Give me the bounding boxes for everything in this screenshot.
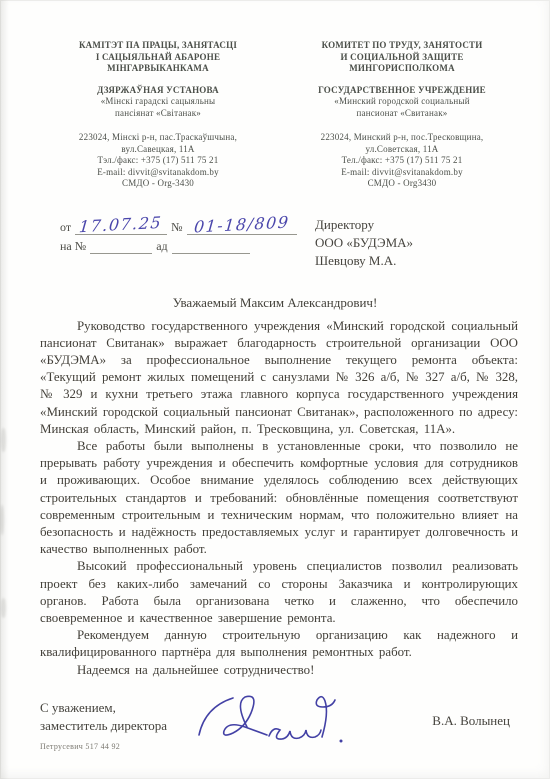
letterhead-line: вул.Савецкая, 11А [36, 144, 280, 156]
body-paragraph: Все работы были выполнены в установленны… [40, 438, 518, 558]
ref-date-field: 17.07.25 [75, 214, 167, 235]
body-paragraph: Руководство государственного учреждения … [40, 318, 518, 438]
letterhead-line: І САЦЫЯЛЬНАЙ АБАРОНЕ [36, 52, 280, 64]
letterhead-right-contacts: 223024, Минский р-н, пос.Тресковщина, ул… [280, 132, 524, 190]
letterhead-line: 223024, Минский р-н, пос.Тресковщина, [280, 132, 524, 144]
letterhead-line: СМДО - Org-3430 [36, 178, 280, 190]
letterhead-right-organization: ГОСУДАРСТВЕННОЕ УЧРЕЖДЕНИЕ «Минский горо… [280, 85, 524, 120]
letterhead-line: «Минский городской социальный [280, 96, 524, 108]
reference-and-addressee-row: от17.07.25№01-18/809 на №ад Директору ОО… [0, 190, 550, 270]
letter-body: Руководство государственного учреждения … [0, 311, 550, 679]
letterhead-line: пансионат «Свитанак» [280, 108, 524, 120]
ref-reply-date-blank [172, 240, 250, 254]
letterhead-line: МІНГАРВЫКАНКАМА [36, 63, 280, 75]
body-paragraph: Высокий профессиональный уровень специал… [40, 558, 518, 627]
ref-number-field: 01-18/809 [187, 214, 297, 235]
letterhead-line: СМДО - Org3430 [280, 178, 524, 190]
ref-reply-date-label: ад [156, 239, 167, 253]
ref-number-label: № [171, 220, 182, 234]
letterhead-right-committee: КОМИТЕТ ПО ТРУДУ, ЗАНЯТОСТИ И СОЦИАЛЬНОЙ… [280, 40, 524, 75]
ref-number-handwritten: 01-18/809 [193, 212, 290, 236]
letterhead-line: МИНГОРИСПОЛКОМА [280, 63, 524, 75]
ref-from-label: от [60, 220, 71, 234]
addressee-title: Директору [315, 216, 520, 234]
letterhead-line: И СОЦИАЛЬНОЙ ЗАЩИТЕ [280, 52, 524, 64]
incoming-reference-line: на №ад [60, 239, 301, 254]
handwritten-signature [189, 691, 357, 753]
closing-lines: С уважением, заместитель директора [40, 699, 167, 735]
letterhead-left-organization: ДЗЯРЖАЎНАЯ УСТАНОВА «Мінскі гарадскі сац… [36, 85, 280, 120]
letterhead-email: E-mail: divvit@svitanakdom.by [280, 167, 524, 179]
ref-reply-label: на № [60, 239, 86, 253]
letterhead-line: пансіянат «Світанак» [36, 108, 280, 120]
addressee-person: Шевцову М.А. [315, 252, 520, 270]
signer-name: В.А. Волынец [432, 713, 510, 729]
letterhead-left-contacts: 223024, Мінскі р-н, пас.Траскаўшчына, ву… [36, 132, 280, 190]
letterhead-line: Тел./факс: +375 (17) 511 75 21 [280, 155, 524, 167]
letterhead-email: E-mail: divvit@svitanakdom.by [36, 167, 280, 179]
salutation: Уважаемый Максим Александрович! [0, 295, 550, 311]
scan-edge-artifact [1, 428, 6, 452]
letterhead-line: «Мінскі гарадскі сацыяльны [36, 96, 280, 108]
letterhead-left-committee: КАМІТЭТ ПА ПРАЦЫ, ЗАНЯТАСЦІ І САЦЫЯЛЬНАЙ… [36, 40, 280, 75]
letterhead-line: ДЗЯРЖАЎНАЯ УСТАНОВА [36, 85, 280, 97]
scanned-letter-page: КАМІТЭТ ПА ПРАЦЫ, ЗАНЯТАСЦІ І САЦЫЯЛЬНАЙ… [0, 0, 550, 779]
reference-block: от17.07.25№01-18/809 на №ад [60, 214, 301, 254]
letterhead-line: ГОСУДАРСТВЕННОЕ УЧРЕЖДЕНИЕ [280, 85, 524, 97]
letterhead-line: КОМИТЕТ ПО ТРУДУ, ЗАНЯТОСТИ [280, 40, 524, 52]
outgoing-reference-line: от17.07.25№01-18/809 [60, 214, 301, 235]
letterhead: КАМІТЭТ ПА ПРАЦЫ, ЗАНЯТАСЦІ І САЦЫЯЛЬНАЙ… [0, 0, 550, 190]
letterhead-line: КАМІТЭТ ПА ПРАЦЫ, ЗАНЯТАСЦІ [36, 40, 280, 52]
letterhead-line: ул.Советская, 11А [280, 144, 524, 156]
addressee-company: ООО «БУДЭМА» [315, 234, 520, 252]
body-paragraph: Надеемся на дальнейшее сотрудничество! [40, 662, 518, 679]
addressee-block: Директору ООО «БУДЭМА» Шевцову М.А. [315, 214, 520, 270]
ref-date-handwritten: 17.07.25 [79, 212, 164, 235]
closing-position: заместитель директора [40, 717, 167, 735]
scan-edge-artifact [0, 505, 4, 535]
letterhead-left: КАМІТЭТ ПА ПРАЦЫ, ЗАНЯТАСЦІ І САЦЫЯЛЬНАЙ… [36, 40, 280, 190]
letterhead-line: 223024, Мінскі р-н, пас.Траскаўшчына, [36, 132, 280, 144]
letterhead-line: Тэл./факс: +375 (17) 511 75 21 [36, 155, 280, 167]
letterhead-right: КОМИТЕТ ПО ТРУДУ, ЗАНЯТОСТИ И СОЦИАЛЬНОЙ… [280, 40, 524, 190]
ref-reply-number-blank [90, 240, 152, 254]
executor-note: Петрусевич 517 44 92 [40, 742, 120, 751]
scan-edge-artifact [1, 598, 6, 618]
body-paragraph: Рекомендуем данную строительную организа… [40, 627, 518, 661]
closing-regards: С уважением, [40, 699, 167, 717]
